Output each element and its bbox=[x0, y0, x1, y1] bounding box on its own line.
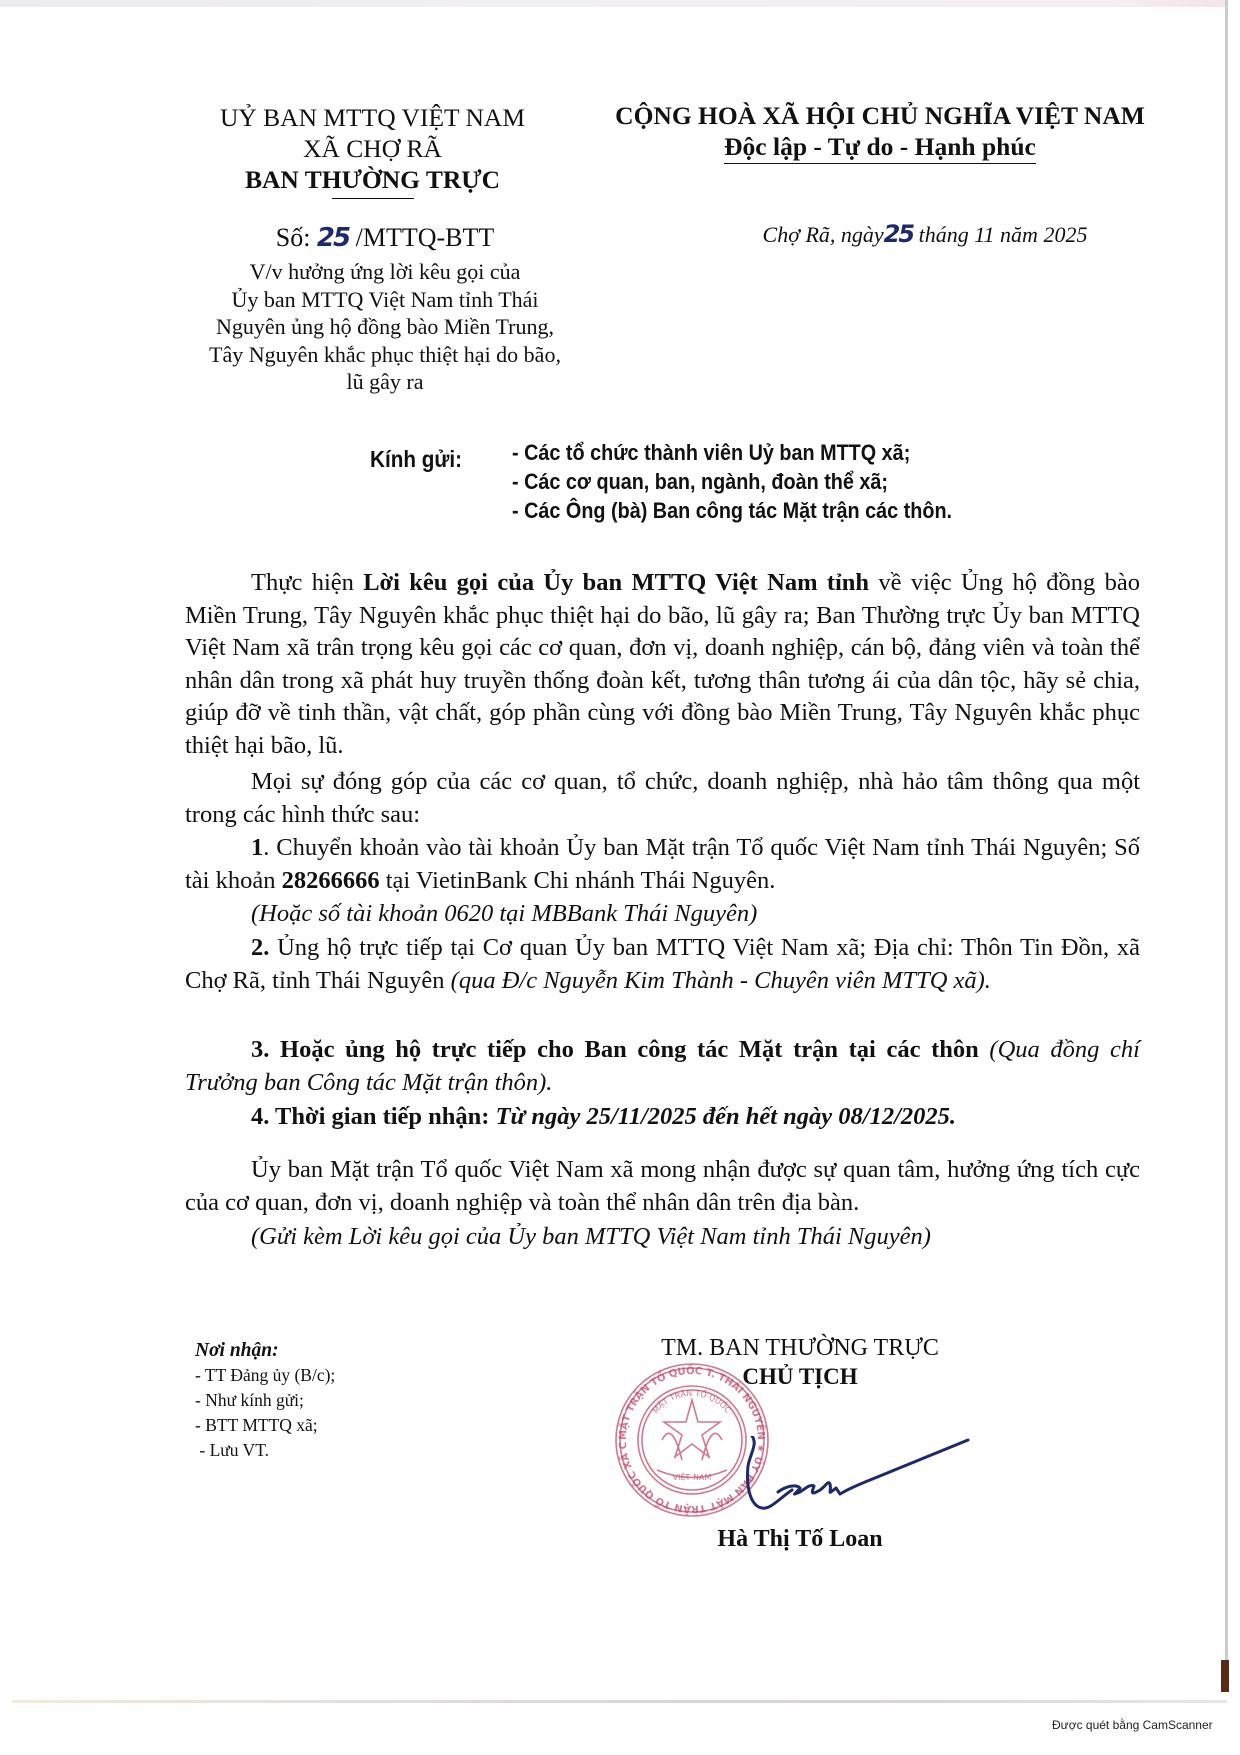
document-number: Số: 25 /MTTQ-BTT bbox=[185, 223, 585, 253]
agency-underline bbox=[332, 198, 414, 199]
period-dates: Từ ngày 25/11/2025 đến hết ngày 08/12/20… bbox=[496, 1103, 956, 1130]
recipient-item: - Các Ông (bà) Ban công tác Mặt trận các… bbox=[512, 496, 952, 525]
method-2-contact: (qua Đ/c Nguyễn Kim Thành - Chuyên viên … bbox=[451, 967, 991, 994]
subject-line: Ủy ban MTTQ Việt Nam tỉnh Thái bbox=[160, 286, 610, 314]
agency-line-1: UỶ BAN MTTQ VIỆT NAM bbox=[195, 102, 550, 133]
doc-number-handwritten: 25 bbox=[317, 223, 349, 253]
recipient-item: - Các cơ quan, ban, ngành, đoàn thể xã; bbox=[512, 467, 952, 496]
issuing-agency-header: UỶ BAN MTTQ VIỆT NAM XÃ CHỢ RÃ BAN THƯỜN… bbox=[195, 102, 550, 199]
signer-position: CHỦ TỊCH bbox=[600, 1362, 1000, 1392]
distribution-item: - Lưu VT. bbox=[195, 1438, 335, 1463]
p1-pre: Thực hiện bbox=[251, 569, 363, 596]
distribution-title: Nơi nhận: bbox=[195, 1338, 335, 1363]
distribution-item: - Như kính gửi; bbox=[195, 1388, 335, 1413]
closing-text: Ủy ban Mặt trận Tổ quốc Việt Nam xã mong… bbox=[185, 1154, 1140, 1219]
scan-edge-bottom bbox=[12, 1700, 1227, 1703]
agency-line-2: XÃ CHỢ RÃ bbox=[195, 133, 550, 164]
scan-edge-right bbox=[1225, 0, 1228, 1690]
recipients-list: - Các tổ chức thành viên Uỷ ban MTTQ xã;… bbox=[512, 438, 952, 525]
scan-edge-top bbox=[0, 0, 1228, 7]
national-header: CỘNG HOÀ XÃ HỘI CHỦ NGHĨA VIỆT NAM Độc l… bbox=[600, 100, 1160, 164]
svg-text:VIỆT NAM: VIỆT NAM bbox=[673, 1471, 712, 1483]
document-subject: V/v hưởng ứng lời kêu gọi của Ủy ban MTT… bbox=[160, 258, 610, 396]
subject-line: lũ gây ra bbox=[160, 368, 610, 396]
date-place: Chợ Rã, ngày bbox=[763, 222, 884, 247]
national-title: CỘNG HOÀ XÃ HỘI CHỦ NGHĨA VIỆT NAM bbox=[600, 100, 1160, 131]
national-motto: Độc lập - Tự do - Hạnh phúc bbox=[724, 133, 1036, 164]
p1-post: về việc Ủng hộ đồng bào Miền Trung, Tây … bbox=[185, 569, 1140, 759]
subject-line: Nguyên ủng hộ đồng bào Miền Trung, bbox=[160, 313, 610, 341]
subject-line: Tây Nguyên khắc phục thiệt hại do bão, bbox=[160, 341, 610, 369]
attachment-note: (Gửi kèm Lời kêu gọi của Ủy ban MTTQ Việ… bbox=[185, 1221, 1140, 1254]
doc-number-suffix: /MTTQ-BTT bbox=[349, 223, 494, 252]
place-and-date: Chợ Rã, ngày25 tháng 11 năm 2025 bbox=[700, 220, 1150, 248]
scanner-watermark: Được quét bằng CamScanner bbox=[1052, 1718, 1213, 1732]
method-2: 2. Ủng hộ trực tiếp tại Cơ quan Ủy ban M… bbox=[185, 932, 1140, 997]
signer-name: Hà Thị Tố Loan bbox=[600, 1526, 1000, 1553]
p1-bold: Lời kêu gọi của Ủy ban MTTQ Việt Nam tỉn… bbox=[363, 569, 869, 596]
distribution-item: - BTT MTTQ xã; bbox=[195, 1413, 335, 1438]
period-label: 4. Thời gian tiếp nhận: bbox=[251, 1103, 496, 1130]
method-1: 1. Chuyển khoản vào tài khoản Ủy ban Mặt… bbox=[185, 832, 1140, 897]
distribution-item: - TT Đảng ủy (B/c); bbox=[195, 1363, 335, 1388]
method-1-bank: tại VietinBank Chi nhánh Thái Nguyên. bbox=[380, 867, 776, 894]
closing-paragraph: Ủy ban Mặt trận Tổ quốc Việt Nam xã mong… bbox=[185, 1154, 1140, 1219]
on-behalf-of: TM. BAN THƯỜNG TRỰC bbox=[600, 1334, 1000, 1362]
scan-edge-shadow bbox=[1221, 1660, 1229, 1692]
distribution-list: Nơi nhận: - TT Đảng ủy (B/c); - Như kính… bbox=[195, 1338, 335, 1463]
signature-block: TM. BAN THƯỜNG TRỰC CHỦ TỊCH Hà Thị Tố L… bbox=[600, 1334, 1000, 1392]
method-1-alternative: (Hoặc số tài khoản 0620 tại MBBank Thái … bbox=[185, 898, 1140, 931]
attachment-text: (Gửi kèm Lời kêu gọi của Ủy ban MTTQ Việ… bbox=[251, 1223, 931, 1250]
body-paragraph-1: Thực hiện Lời kêu gọi của Ủy ban MTTQ Vi… bbox=[185, 567, 1140, 762]
date-day-handwritten: 25 bbox=[884, 220, 913, 248]
recipients-label: Kính gửi: bbox=[370, 446, 462, 473]
method-3-text: 3. Hoặc ủng hộ trực tiếp cho Ban công tá… bbox=[251, 1036, 979, 1063]
doc-number-prefix: Số: bbox=[276, 223, 317, 252]
agency-line-3: BAN THƯỜNG TRỰC bbox=[195, 164, 550, 195]
method-1-number: 1 bbox=[251, 834, 263, 861]
receiving-period: 4. Thời gian tiếp nhận: Từ ngày 25/11/20… bbox=[185, 1101, 1140, 1134]
subject-line: V/v hưởng ứng lời kêu gọi của bbox=[160, 258, 610, 286]
handwritten-signature bbox=[740, 1436, 970, 1516]
date-rest: tháng 11 năm 2025 bbox=[919, 222, 1088, 247]
alt-account: (Hoặc số tài khoản 0620 tại MBBank Thái … bbox=[251, 900, 757, 927]
method-2-number: 2. bbox=[251, 934, 269, 961]
body-paragraph-2: Mọi sự đóng góp của các cơ quan, tổ chức… bbox=[185, 766, 1140, 831]
p2-text: Mọi sự đóng góp của các cơ quan, tổ chức… bbox=[185, 766, 1140, 831]
method-3: 3. Hoặc ủng hộ trực tiếp cho Ban công tá… bbox=[185, 1034, 1140, 1099]
bank-account-number: 28266666 bbox=[282, 867, 380, 894]
recipient-item: - Các tổ chức thành viên Uỷ ban MTTQ xã; bbox=[512, 438, 952, 467]
